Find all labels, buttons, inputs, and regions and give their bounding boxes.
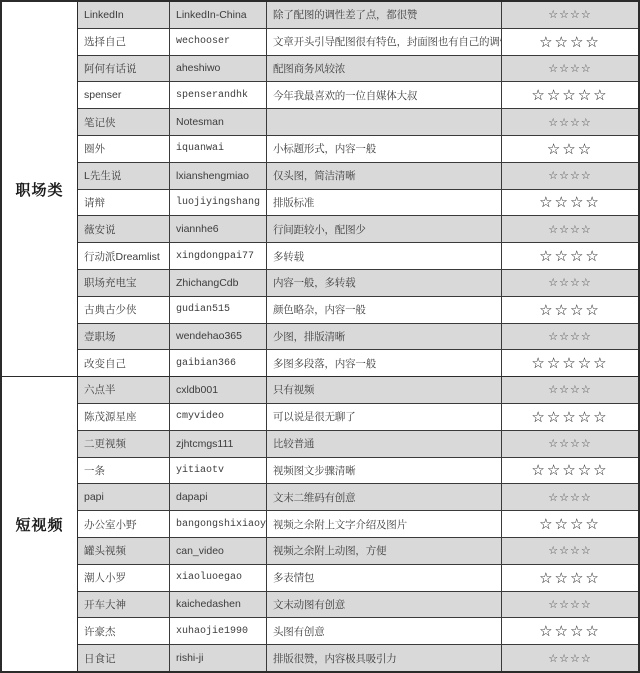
- account-id-cell: gudian515: [170, 297, 267, 323]
- account-id-cell: Notesman: [170, 109, 267, 135]
- account-name-cell: LinkedIn: [78, 2, 170, 28]
- account-note-cell: 可以说是很无聊了: [267, 404, 502, 430]
- account-note-cell: 比较普通: [267, 431, 502, 457]
- account-name-cell: 改变自己: [78, 350, 170, 376]
- star-rating-cell: ☆☆☆☆: [502, 270, 638, 296]
- account-note-cell: 多图多段落，内容一般: [267, 350, 502, 376]
- table-row: spenser spenserandhk 今年我最喜欢的一位自媒体大叔 ☆☆☆☆…: [78, 82, 638, 109]
- account-id-cell: xingdongpai77: [170, 243, 267, 269]
- account-name-cell: 开车大神: [78, 592, 170, 618]
- account-name-cell: 圈外: [78, 136, 170, 162]
- category-group-shortvideo: 短视频 六点半 cxldb001 只有视频 ☆☆☆☆ 陈茂源星座 cmyvide…: [2, 377, 638, 671]
- table-row: L先生说 lxianshengmiao 仅头图，简洁清晰 ☆☆☆☆: [78, 163, 638, 190]
- account-name-cell: 古典古少侠: [78, 297, 170, 323]
- star-rating-cell: ☆☆☆☆: [502, 2, 638, 28]
- star-rating-cell: ☆☆☆☆☆: [502, 404, 638, 430]
- table-row: 开车大神 kaichedashen 文末动图有创意 ☆☆☆☆: [78, 592, 638, 619]
- account-id-cell: lxianshengmiao: [170, 163, 267, 189]
- account-note-cell: 行间距较小，配图少: [267, 216, 502, 242]
- star-rating-cell: ☆☆☆: [502, 136, 638, 162]
- table-row: papi dapapi 文末二维码有创意 ☆☆☆☆: [78, 484, 638, 511]
- account-id-cell: xuhaojie1990: [170, 618, 267, 644]
- category-label: 职场类: [2, 2, 78, 376]
- star-rating-cell: ☆☆☆☆: [502, 56, 638, 82]
- account-id-cell: cxldb001: [170, 377, 267, 403]
- account-id-cell: wendehao365: [170, 324, 267, 350]
- account-id-cell: aheshiwo: [170, 56, 267, 82]
- account-id-cell: xiaoluoegao: [170, 565, 267, 591]
- star-rating-cell: ☆☆☆☆: [502, 243, 638, 269]
- table-row: 六点半 cxldb001 只有视频 ☆☆☆☆: [78, 377, 638, 404]
- account-name-cell: 职场充电宝: [78, 270, 170, 296]
- account-name-cell: 罐头视频: [78, 538, 170, 564]
- account-name-cell: 选择自己: [78, 29, 170, 55]
- account-id-cell: yitiaotv: [170, 458, 267, 484]
- account-note-cell: 头图有创意: [267, 618, 502, 644]
- account-note-cell: 多表情包: [267, 565, 502, 591]
- account-rating-table: 职场类 LinkedIn LinkedIn-China 除了配图的调性差了点，都…: [0, 0, 640, 673]
- account-id-cell: luojiyingshang: [170, 190, 267, 216]
- account-note-cell: [267, 109, 502, 135]
- table-row: 一条 yitiaotv 视频图文步骤清晰 ☆☆☆☆☆: [78, 458, 638, 485]
- star-rating-cell: ☆☆☆☆: [502, 484, 638, 510]
- star-rating-cell: ☆☆☆☆: [502, 431, 638, 457]
- account-name-cell: 薇安说: [78, 216, 170, 242]
- star-rating-cell: ☆☆☆☆☆: [502, 82, 638, 108]
- table-row: 选择自己 wechooser 文章开头引导配图很有特色，封面图也有自己的调性 ☆…: [78, 29, 638, 56]
- category-group-workplace: 职场类 LinkedIn LinkedIn-China 除了配图的调性差了点，都…: [2, 2, 638, 377]
- table-row: 罐头视频 can_video 视频之余附上动图，方便 ☆☆☆☆: [78, 538, 638, 565]
- table-row: 行动派Dreamlist xingdongpai77 多转载 ☆☆☆☆: [78, 243, 638, 270]
- star-rating-cell: ☆☆☆☆: [502, 29, 638, 55]
- account-note-cell: 今年我最喜欢的一位自媒体大叔: [267, 82, 502, 108]
- account-id-cell: dapapi: [170, 484, 267, 510]
- star-rating-cell: ☆☆☆☆: [502, 592, 638, 618]
- account-note-cell: 文末动图有创意: [267, 592, 502, 618]
- account-name-cell: 请辩: [78, 190, 170, 216]
- table-row: 壹职场 wendehao365 少图，排版清晰 ☆☆☆☆: [78, 324, 638, 351]
- star-rating-cell: ☆☆☆☆☆: [502, 458, 638, 484]
- table-row: 潮人小罗 xiaoluoegao 多表情包 ☆☆☆☆: [78, 565, 638, 592]
- account-id-cell: rishi-ji: [170, 645, 267, 671]
- account-name-cell: 潮人小罗: [78, 565, 170, 591]
- account-note-cell: 除了配图的调性差了点，都很赞: [267, 2, 502, 28]
- star-rating-cell: ☆☆☆☆☆: [502, 350, 638, 376]
- account-note-cell: 少图，排版清晰: [267, 324, 502, 350]
- star-rating-cell: ☆☆☆☆: [502, 645, 638, 671]
- account-id-cell: spenserandhk: [170, 82, 267, 108]
- account-note-cell: 文末二维码有创意: [267, 484, 502, 510]
- account-note-cell: 多转载: [267, 243, 502, 269]
- table-row: 薇安说 viannhe6 行间距较小，配图少 ☆☆☆☆: [78, 216, 638, 243]
- account-id-cell: gaibian366: [170, 350, 267, 376]
- account-id-cell: zjhtcmgs111: [170, 431, 267, 457]
- star-rating-cell: ☆☆☆☆: [502, 324, 638, 350]
- star-rating-cell: ☆☆☆☆: [502, 109, 638, 135]
- table-row: 办公室小野 bangongshixiaoye 视频之余附上文字介绍及图片 ☆☆☆…: [78, 511, 638, 538]
- account-id-cell: kaichedashen: [170, 592, 267, 618]
- account-note-cell: 只有视频: [267, 377, 502, 403]
- star-rating-cell: ☆☆☆☆: [502, 190, 638, 216]
- star-rating-cell: ☆☆☆☆: [502, 511, 638, 537]
- account-note-cell: 小标题形式，内容一般: [267, 136, 502, 162]
- table-row: 古典古少侠 gudian515 颜色略杂，内容一般 ☆☆☆☆: [78, 297, 638, 324]
- account-note-cell: 视频图文步骤清晰: [267, 458, 502, 484]
- account-note-cell: 文章开头引导配图很有特色，封面图也有自己的调性: [267, 29, 502, 55]
- account-note-cell: 视频之余附上动图，方便: [267, 538, 502, 564]
- star-rating-cell: ☆☆☆☆: [502, 538, 638, 564]
- account-name-cell: spenser: [78, 82, 170, 108]
- account-id-cell: bangongshixiaoye: [170, 511, 267, 537]
- account-id-cell: cmyvideo: [170, 404, 267, 430]
- account-name-cell: L先生说: [78, 163, 170, 189]
- account-name-cell: 陈茂源星座: [78, 404, 170, 430]
- table-row: 职场充电宝 ZhichangCdb 内容一般，多转载 ☆☆☆☆: [78, 270, 638, 297]
- account-name-cell: 办公室小野: [78, 511, 170, 537]
- account-note-cell: 颜色略杂，内容一般: [267, 297, 502, 323]
- account-note-cell: 内容一般，多转载: [267, 270, 502, 296]
- table-row: 陈茂源星座 cmyvideo 可以说是很无聊了 ☆☆☆☆☆: [78, 404, 638, 431]
- account-id-cell: can_video: [170, 538, 267, 564]
- account-note-cell: 排版很赞，内容极具吸引力: [267, 645, 502, 671]
- table-row: 请辩 luojiyingshang 排版标准 ☆☆☆☆: [78, 190, 638, 217]
- account-name-cell: 一条: [78, 458, 170, 484]
- account-note-cell: 配图商务风较浓: [267, 56, 502, 82]
- account-id-cell: LinkedIn-China: [170, 2, 267, 28]
- account-note-cell: 视频之余附上文字介绍及图片: [267, 511, 502, 537]
- table-row: 圈外 iquanwai 小标题形式，内容一般 ☆☆☆: [78, 136, 638, 163]
- account-id-cell: wechooser: [170, 29, 267, 55]
- table-row: 许豪杰 xuhaojie1990 头图有创意 ☆☆☆☆: [78, 618, 638, 645]
- account-id-cell: iquanwai: [170, 136, 267, 162]
- star-rating-cell: ☆☆☆☆: [502, 297, 638, 323]
- star-rating-cell: ☆☆☆☆: [502, 565, 638, 591]
- account-name-cell: 行动派Dreamlist: [78, 243, 170, 269]
- account-name-cell: 许豪杰: [78, 618, 170, 644]
- account-name-cell: papi: [78, 484, 170, 510]
- table-row: 日食记 rishi-ji 排版很赞，内容极具吸引力 ☆☆☆☆: [78, 645, 638, 671]
- star-rating-cell: ☆☆☆☆: [502, 163, 638, 189]
- account-note-cell: 仅头图，简洁清晰: [267, 163, 502, 189]
- table-row: 改变自己 gaibian366 多图多段落，内容一般 ☆☆☆☆☆: [78, 350, 638, 376]
- account-name-cell: 日食记: [78, 645, 170, 671]
- table-row: LinkedIn LinkedIn-China 除了配图的调性差了点，都很赞 ☆…: [78, 2, 638, 29]
- account-name-cell: 二更视频: [78, 431, 170, 457]
- star-rating-cell: ☆☆☆☆: [502, 618, 638, 644]
- category-rows: 六点半 cxldb001 只有视频 ☆☆☆☆ 陈茂源星座 cmyvideo 可以…: [78, 377, 638, 671]
- star-rating-cell: ☆☆☆☆: [502, 216, 638, 242]
- account-name-cell: 笔记侠: [78, 109, 170, 135]
- star-rating-cell: ☆☆☆☆: [502, 377, 638, 403]
- account-name-cell: 阿何有话说: [78, 56, 170, 82]
- category-label: 短视频: [2, 377, 78, 671]
- category-rows: LinkedIn LinkedIn-China 除了配图的调性差了点，都很赞 ☆…: [78, 2, 638, 376]
- account-id-cell: ZhichangCdb: [170, 270, 267, 296]
- table-row: 阿何有话说 aheshiwo 配图商务风较浓 ☆☆☆☆: [78, 56, 638, 83]
- table-row: 二更视频 zjhtcmgs111 比较普通 ☆☆☆☆: [78, 431, 638, 458]
- account-name-cell: 六点半: [78, 377, 170, 403]
- table-row: 笔记侠 Notesman ☆☆☆☆: [78, 109, 638, 136]
- account-id-cell: viannhe6: [170, 216, 267, 242]
- account-note-cell: 排版标准: [267, 190, 502, 216]
- account-name-cell: 壹职场: [78, 324, 170, 350]
